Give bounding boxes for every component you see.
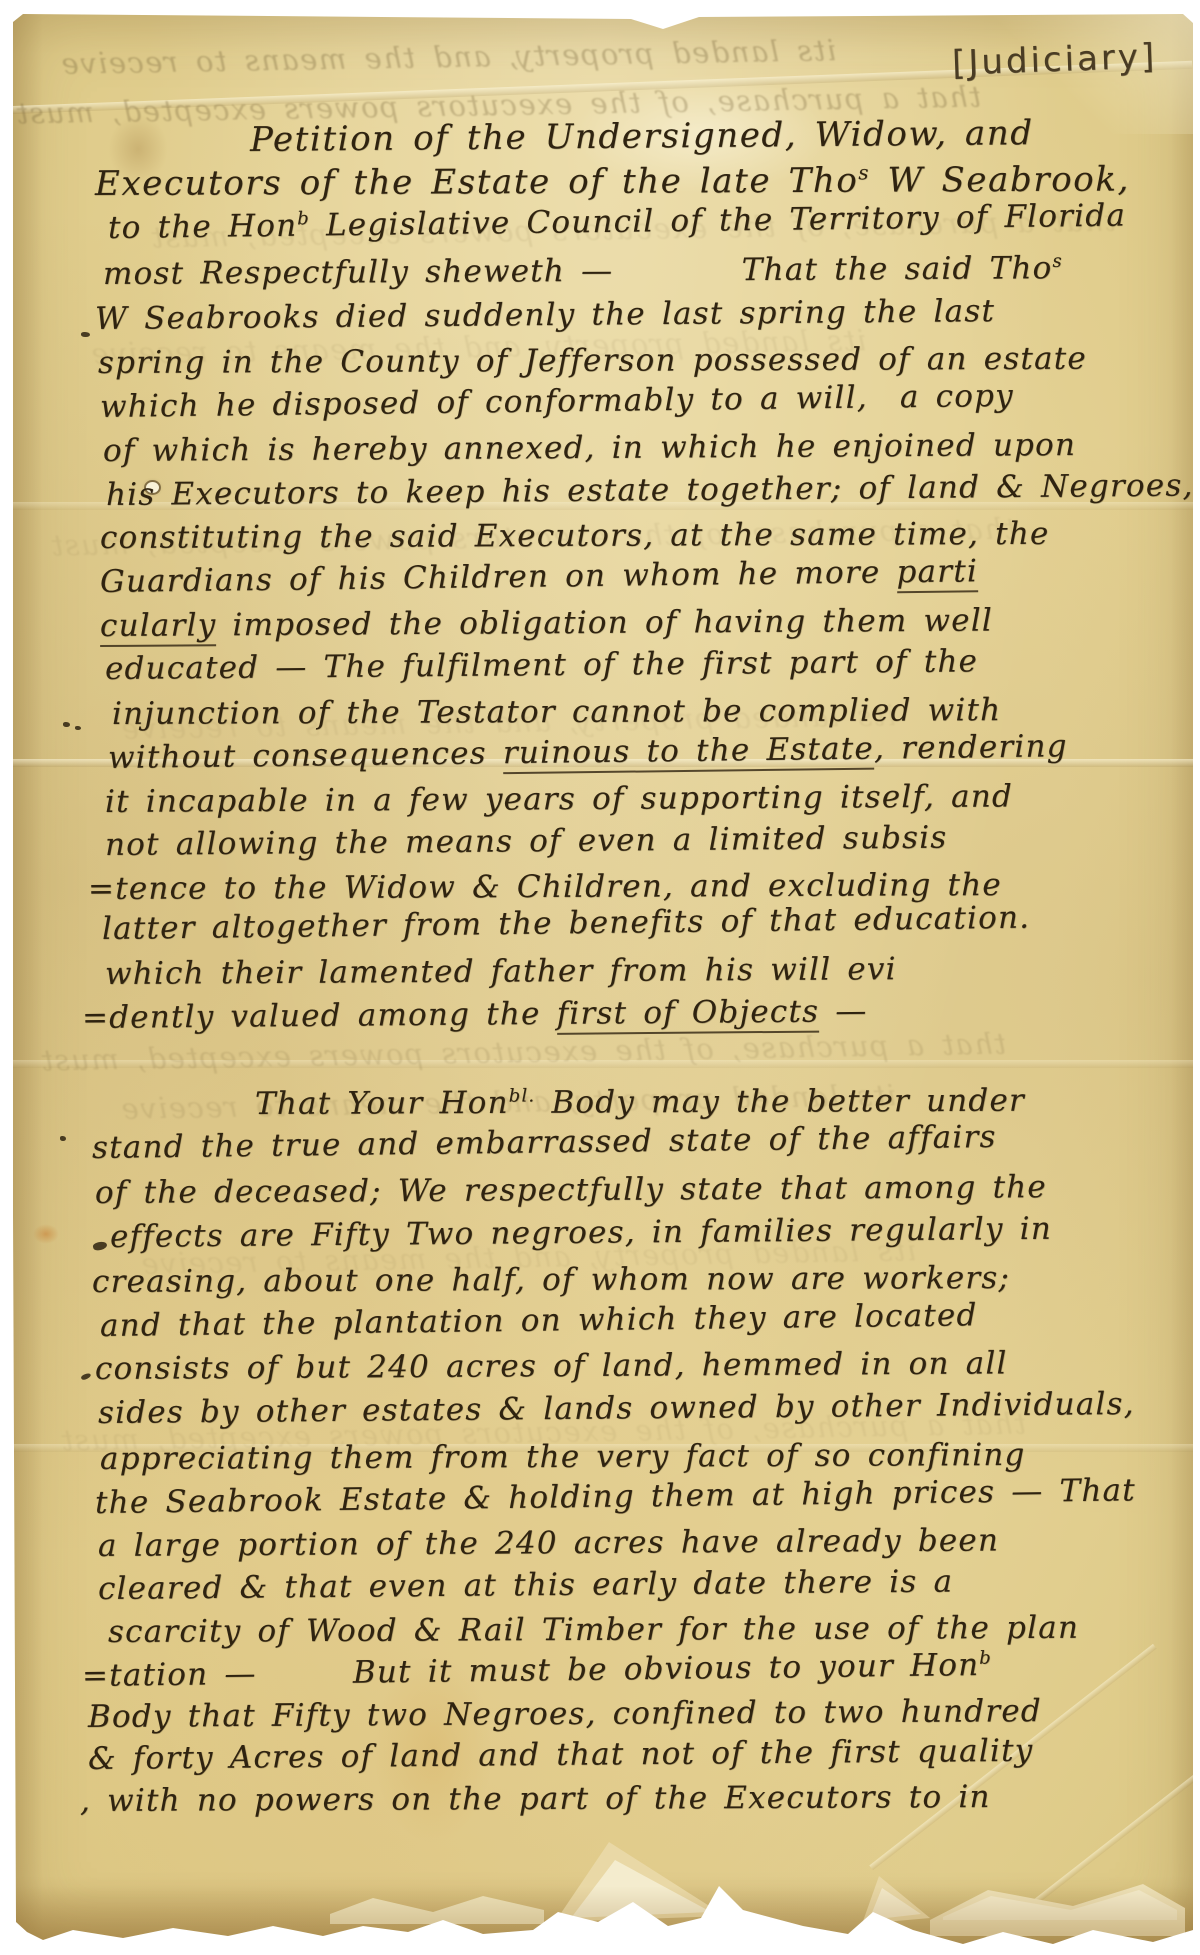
- manuscript-page: [13, 14, 1193, 1946]
- ink-dot: [60, 1136, 66, 1141]
- crease-streak: [973, 1762, 1200, 1951]
- ink-blot: [92, 1240, 108, 1251]
- rust-stain: [33, 1224, 59, 1244]
- torn-edge-flaps: [13, 1774, 1193, 1946]
- fold-crease: [13, 759, 1193, 767]
- ink-dot: [80, 1372, 91, 1381]
- scanned-document: { "annotation": { "label": "[Judiciary]"…: [0, 0, 1200, 1955]
- fold-crease: [13, 1444, 1193, 1452]
- browned-bottom-edge: [13, 1886, 1193, 1946]
- fold-crease: [13, 1060, 1193, 1068]
- ink-dot: [63, 722, 70, 727]
- fold-crease: [13, 502, 1193, 510]
- water-stain: [373, 1654, 493, 1844]
- ink-dot: [81, 332, 90, 337]
- crease-streak: [869, 1644, 1156, 1870]
- ink-dot: [75, 726, 81, 730]
- light-patch: [573, 74, 833, 194]
- judiciary-docket-annotation: [Judiciary]: [951, 36, 1157, 83]
- paper-edge-shading: [13, 14, 1193, 1946]
- paper-hole: [146, 482, 159, 493]
- dark-stain: [108, 114, 168, 184]
